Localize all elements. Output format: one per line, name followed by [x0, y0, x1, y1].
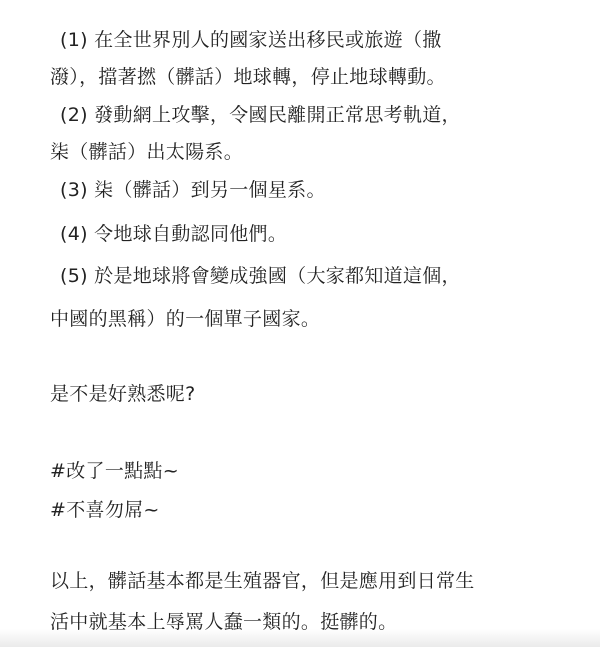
list-item-4: (4) 令地球自動認同他們。: [60, 221, 287, 247]
list-item-2-line-2: 柒（髒話）出太陽系。: [50, 139, 243, 165]
list-item-1-line-1: (1) 在全世界別人的國家送出移民或旅遊（撒: [60, 27, 442, 53]
list-item-2-line-1: (2) 發動網上攻擊，令國民離開正常思考軌道，: [60, 102, 461, 128]
list-item-5-line-2: 中國的黑稱）的一個單子國家。: [50, 306, 320, 332]
conclusion-line-1: 以上，髒話基本都是生殖器官，但是應用到日常生: [50, 568, 475, 594]
bottom-fade: [0, 629, 600, 647]
hashtag[interactable]: #不喜勿屌~: [50, 497, 160, 523]
list-item-3: (3) 柒（髒話）到另一個星系。: [60, 177, 326, 203]
hashtag[interactable]: #改了一點點~: [50, 458, 179, 484]
list-item-1-line-2: 潑），擋著撚（髒話）地球轉，停止地球轉動。: [50, 64, 446, 90]
question-text: 是不是好熟悉呢?: [50, 381, 196, 407]
list-item-5-line-1: (5) 於是地球將會變成強國（大家都知道這個，: [60, 263, 461, 289]
